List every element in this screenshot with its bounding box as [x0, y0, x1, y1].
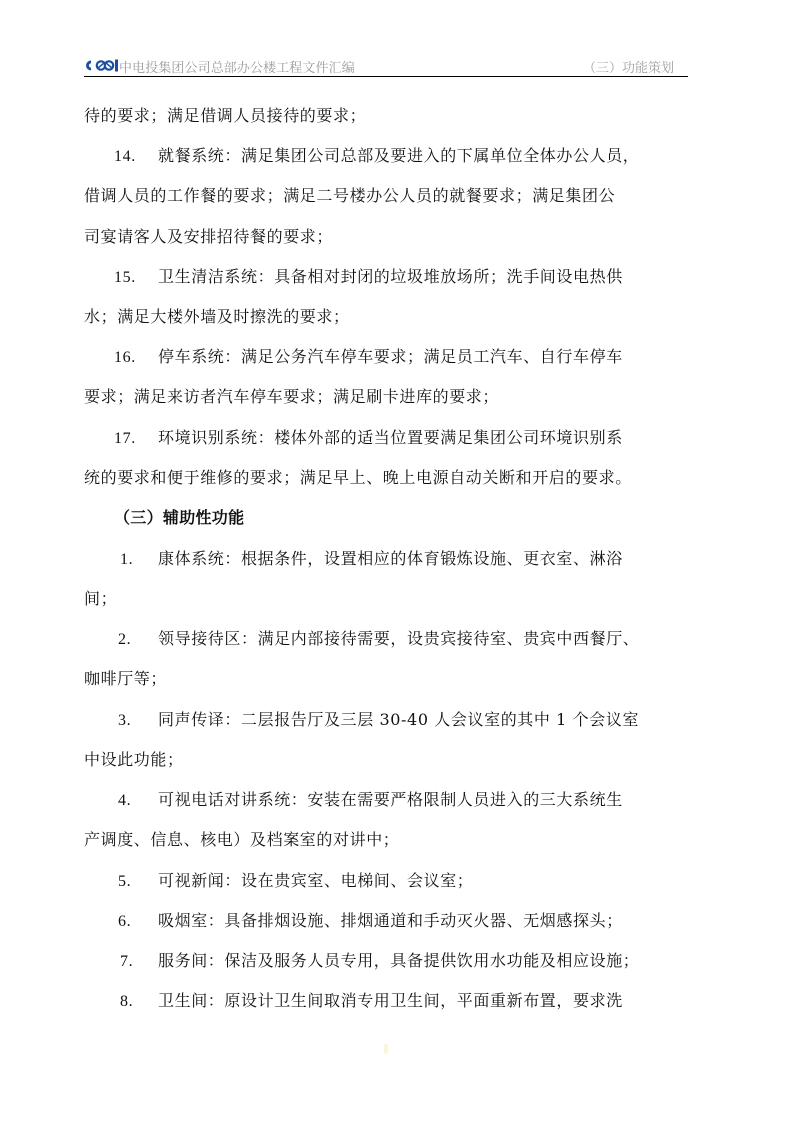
- line-text: 就餐系统：满足集团公司总部及要进入的下属单位全体办公人员，: [158, 146, 639, 165]
- item-number: 2.: [118, 628, 158, 652]
- list-item-14: 14.就餐系统：满足集团公司总部及要进入的下属单位全体办公人员，: [114, 144, 639, 168]
- list-item-3: 3.同声传译：二层报告厅及三层 30-40 人会议室的其中 1 个会议室: [118, 708, 639, 732]
- line-text: 领导接待区：满足内部接待需要，设贵宾接待室、贵宾中西餐厅、: [158, 629, 639, 648]
- heading-text: （三）辅助性功能: [114, 508, 244, 527]
- item-number: 4.: [118, 789, 158, 813]
- text-line: 咖啡厅等；: [84, 667, 167, 691]
- list-item-5: 5.可视新闻：设在贵宾室、电梯间、会议室；: [118, 869, 473, 893]
- item-number: 6.: [118, 910, 158, 934]
- list-item-6: 6.吸烟室：具备排烟设施、排烟通道和手动灭火器、无烟感探头；: [118, 909, 623, 933]
- line-text: 服务间：保洁及服务人员专用，具备提供饮用水功能及相应设施；: [158, 951, 639, 970]
- item-number: 1.: [120, 548, 158, 572]
- text-line: 司宴请客人及安排招待餐的要求；: [84, 225, 333, 249]
- text-line: 借调人员的工作餐的要求；满足二号楼办公人员的就餐要求；满足集团公: [84, 184, 615, 208]
- list-item-8: 8.卫生间：原设计卫生间取消专用卫生间，平面重新布置，要求洗: [120, 989, 623, 1013]
- line-text: 待的要求；满足借调人员接待的要求；: [84, 106, 366, 125]
- line-text: 卫生清洁系统：具备相对封闭的垃圾堆放场所；洗手间设电热供: [158, 267, 623, 286]
- line-text: 产调度、信息、核电）及档案室的对讲中；: [84, 830, 399, 849]
- list-item-7: 7.服务间：保洁及服务人员专用，具备提供饮用水功能及相应设施；: [120, 949, 639, 973]
- item-number: 14.: [114, 145, 158, 169]
- section-heading: （三）辅助性功能: [114, 506, 244, 530]
- item-number: 3.: [118, 709, 158, 733]
- item-number: 16.: [114, 346, 158, 370]
- line-text: 康体系统：根据条件，设置相应的体育锻炼设施、更衣室、淋浴: [158, 549, 623, 568]
- item-number: 5.: [118, 870, 158, 894]
- list-item-16: 16.停车系统：满足公务汽车停车要求；满足员工汽车、自行车停车: [114, 345, 623, 369]
- line-text: 可视电话对讲系统：安装在需要严格限制人员进入的三大系统生: [158, 790, 623, 809]
- line-text: 吸烟室：具备排烟设施、排烟通道和手动灭火器、无烟感探头；: [158, 911, 623, 930]
- list-item-17: 17.环境识别系统：楼体外部的适当位置要满足集团公司环境识别系: [114, 426, 623, 450]
- item-number: 15.: [114, 266, 158, 290]
- list-item-1: 1.康体系统：根据条件，设置相应的体育锻炼设施、更衣室、淋浴: [120, 547, 623, 571]
- line-text: 要求；满足来访者汽车停车要求；满足刷卡进库的要求；: [84, 387, 499, 406]
- text-line: 统的要求和便于维修的要求；满足早上、晚上电源自动关断和开启的要求。: [84, 466, 632, 490]
- cpi-logo-icon: [84, 59, 118, 72]
- item-number: 8.: [120, 990, 158, 1014]
- document-title: 中电投集团公司总部办公楼工程文件汇编: [119, 57, 355, 76]
- text-line: 间；: [84, 587, 117, 611]
- line-text: 司宴请客人及安排招待餐的要求；: [84, 227, 333, 246]
- line-text: 可视新闻：设在贵宾室、电梯间、会议室；: [158, 871, 473, 890]
- text-line: 中设此功能；: [84, 748, 184, 772]
- line-text: 统的要求和便于维修的要求；满足早上、晚上电源自动关断和开启的要求。: [84, 468, 632, 487]
- line-text: 中设此功能；: [84, 750, 184, 769]
- text-line: 要求；满足来访者汽车停车要求；满足刷卡进库的要求；: [84, 385, 499, 409]
- line-text: 环境识别系统：楼体外部的适当位置要满足集团公司环境识别系: [158, 428, 623, 447]
- text-line: 待的要求；满足借调人员接待的要求；: [84, 104, 366, 128]
- line-text: 间；: [84, 589, 117, 608]
- line-text: 停车系统：满足公务汽车停车要求；满足员工汽车、自行车停车: [158, 347, 623, 366]
- item-number: 17.: [114, 427, 158, 451]
- text-line: 水；满足大楼外墙及时擦洗的要求；: [84, 305, 350, 329]
- line-text: 借调人员的工作餐的要求；满足二号楼办公人员的就餐要求；满足集团公: [84, 186, 615, 205]
- list-item-4: 4.可视电话对讲系统：安装在需要严格限制人员进入的三大系统生: [118, 788, 623, 812]
- page-header: 中电投集团公司总部办公楼工程文件汇编 （三）功能策划: [84, 56, 688, 76]
- section-title: （三）功能策划: [583, 57, 674, 76]
- page-footer-mark: [384, 1044, 388, 1054]
- line-text: 水；满足大楼外墙及时擦洗的要求；: [84, 307, 350, 326]
- line-text: 咖啡厅等；: [84, 669, 167, 688]
- text-line: 产调度、信息、核电）及档案室的对讲中；: [84, 828, 399, 852]
- item-number: 7.: [120, 950, 158, 974]
- list-item-15: 15.卫生清洁系统：具备相对封闭的垃圾堆放场所；洗手间设电热供: [114, 265, 623, 289]
- line-text: 卫生间：原设计卫生间取消专用卫生间，平面重新布置，要求洗: [158, 991, 623, 1010]
- header-divider: [84, 76, 688, 77]
- list-item-2: 2.领导接待区：满足内部接待需要，设贵宾接待室、贵宾中西餐厅、: [118, 627, 639, 651]
- line-text: 同声传译：二层报告厅及三层 30-40 人会议室的其中 1 个会议室: [158, 710, 639, 729]
